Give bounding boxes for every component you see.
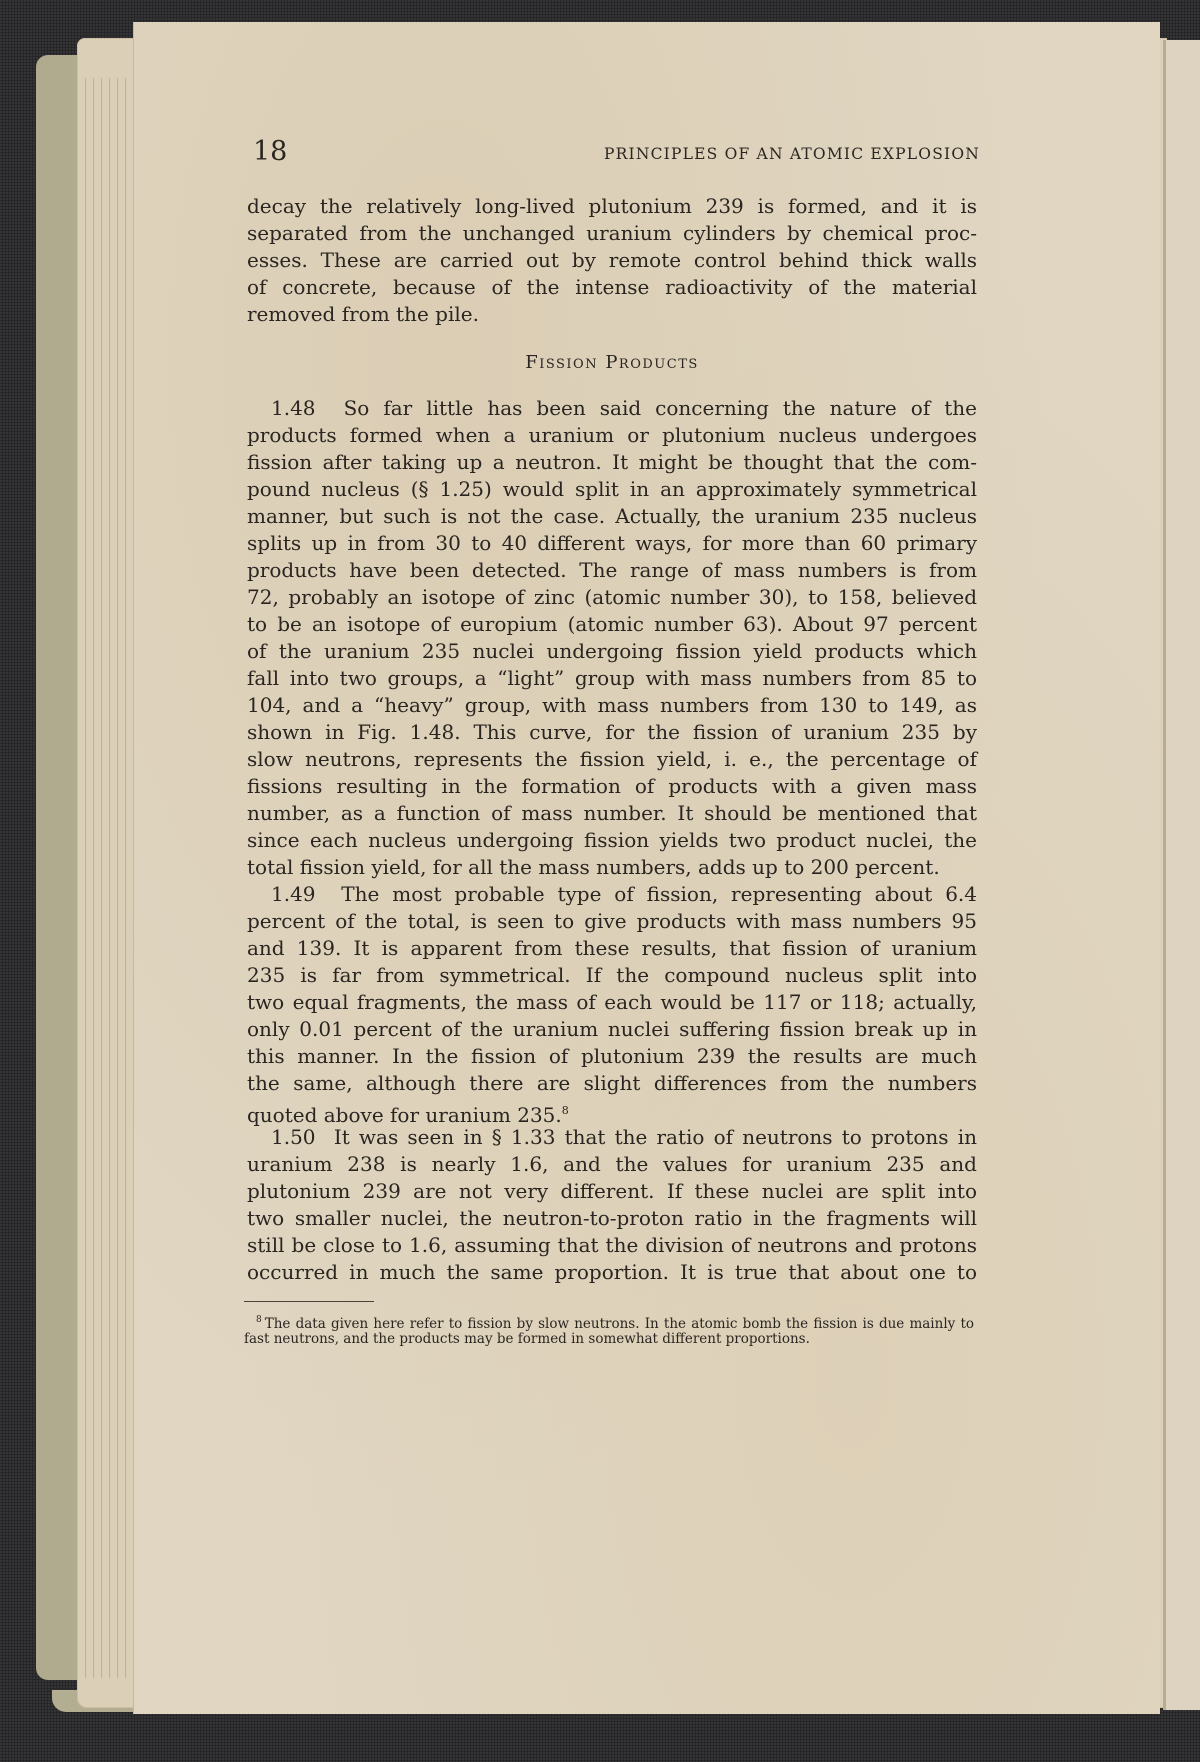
footnote-line: 8The data given here refer to fission by… [244, 1311, 974, 1330]
text-line: 72, probably an isotope of zinc (atomic … [247, 584, 977, 611]
page-edge-line [125, 78, 126, 1678]
text-line: 235 is far from symmetrical. If the comp… [247, 962, 977, 989]
text-line: products have been detected. The range o… [247, 557, 977, 584]
paragraph-1-50: 1.50 It was seen in § 1.33 that the rati… [247, 1124, 977, 1286]
text-line: of concrete, because of the intense radi… [247, 274, 977, 301]
text-line: fissions resulting in the formation of p… [247, 773, 977, 800]
text-line: plutonium 239 are not very different. If… [247, 1178, 977, 1205]
section-heading: Fission Products [247, 352, 977, 373]
footnote-marker: 8 [256, 1315, 262, 1325]
text-line: occurred in much the same proportion. It… [247, 1259, 977, 1286]
paragraph-1-49: 1.49 The most probable type of fission, … [247, 881, 977, 1124]
page-edge-line [101, 78, 102, 1678]
text-line: and 139. It is apparent from these resul… [247, 935, 977, 962]
text-line: 1.48 So far little has been said concern… [247, 395, 977, 422]
text-line: of the uranium 235 nuclei undergoing fis… [247, 638, 977, 665]
text-line: shown in Fig. 1.48. This curve, for the … [247, 719, 977, 746]
text-line: splits up in from 30 to 40 different way… [247, 530, 977, 557]
text-line: fall into two groups, a “light” group wi… [247, 665, 977, 692]
text-line: 1.49 The most probable type of fission, … [247, 881, 977, 908]
text-line: products formed when a uranium or pluton… [247, 422, 977, 449]
text-line: pound nucleus (§ 1.25) would split in an… [247, 476, 977, 503]
text-line: since each nucleus undergoing fission yi… [247, 827, 977, 854]
text-line: 1.50 It was seen in § 1.33 that the rati… [247, 1124, 977, 1151]
text-line: two smaller nuclei, the neutron-to-proto… [247, 1205, 977, 1232]
text-line: uranium 238 is nearly 1.6, and the value… [247, 1151, 977, 1178]
footnote-line: fast neutrons, and the products may be f… [244, 1330, 974, 1349]
page-edge-line [109, 78, 110, 1678]
text-line: two equal fragments, the mass of each wo… [247, 989, 977, 1016]
paragraph-number: 1.50 [271, 1125, 316, 1149]
running-title: PRINCIPLES OF AN ATOMIC EXPLOSION [604, 145, 980, 163]
text-line: percent of the total, is seen to give pr… [247, 908, 977, 935]
text-line: manner, but such is not the case. Actual… [247, 503, 977, 530]
text-line: decay the relatively long-lived plutoniu… [247, 193, 977, 220]
footnote-divider [244, 1301, 374, 1302]
text-line: fission after taking up a neutron. It mi… [247, 449, 977, 476]
facing-page-edge [1163, 40, 1200, 1710]
footnote: 8The data given here refer to fission by… [244, 1311, 974, 1349]
text-line: to be an isotope of europium (atomic num… [247, 611, 977, 638]
text-line: quoted above for uranium 235.8 [247, 1097, 977, 1124]
text-line: esses. These are carried out by remote c… [247, 247, 977, 274]
text-line: slow neutrons, represents the fission yi… [247, 746, 977, 773]
page-edge-line [117, 78, 118, 1678]
text-line: this manner. In the fission of plutonium… [247, 1043, 977, 1070]
running-head: 18 PRINCIPLES OF AN ATOMIC EXPLOSION [253, 136, 980, 176]
text-line: number, as a function of mass number. It… [247, 800, 977, 827]
text-line: removed from the pile. [247, 301, 977, 328]
intro-paragraph: decay the relatively long-lived plutoniu… [247, 193, 977, 328]
text-line: only 0.01 percent of the uranium nuclei … [247, 1016, 977, 1043]
paragraph-1-48: 1.48 So far little has been said concern… [247, 395, 977, 881]
text-line: total fission yield, for all the mass nu… [247, 854, 977, 881]
paragraph-number: 1.48 [271, 396, 316, 420]
page-edge-line [85, 78, 86, 1678]
page-edge-line [93, 78, 94, 1678]
text-line: the same, although there are slight diff… [247, 1070, 977, 1097]
text-line: 104, and a “heavy” group, with mass numb… [247, 692, 977, 719]
text-line: still be close to 1.6, assuming that the… [247, 1232, 977, 1259]
paragraph-number: 1.49 [271, 882, 316, 906]
text-line: separated from the unchanged uranium cyl… [247, 220, 977, 247]
footnote-reference[interactable]: 8 [562, 1104, 569, 1117]
page-number: 18 [253, 136, 287, 167]
